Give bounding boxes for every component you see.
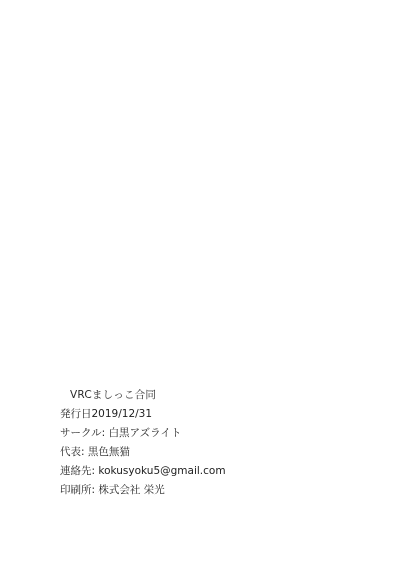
contact-email: kokusyoku5@gmail.com: [98, 465, 225, 477]
colophon-block: VRCましっこ合同 発行日2019/12/31 サークル: 白黒アズライト 代表…: [60, 388, 320, 500]
representative-name: 黒色無猫: [88, 446, 130, 458]
contact-line: 連絡先: kokusyoku5@gmail.com: [60, 462, 320, 481]
printer-line: 印刷所: 株式会社 栄光: [60, 481, 320, 500]
contact-label: 連絡先:: [60, 465, 98, 477]
printer-name: 株式会社 栄光: [98, 484, 164, 496]
circle-name: 白黒アズライト: [109, 427, 182, 439]
printer-label: 印刷所:: [60, 484, 98, 496]
publish-date: 発行日2019/12/31: [60, 405, 320, 424]
circle-label: サークル:: [60, 427, 109, 439]
circle-line: サークル: 白黒アズライト: [60, 424, 320, 443]
book-title: VRCましっこ合同: [60, 388, 320, 402]
representative-line: 代表: 黒色無猫: [60, 443, 320, 462]
representative-label: 代表:: [60, 446, 88, 458]
